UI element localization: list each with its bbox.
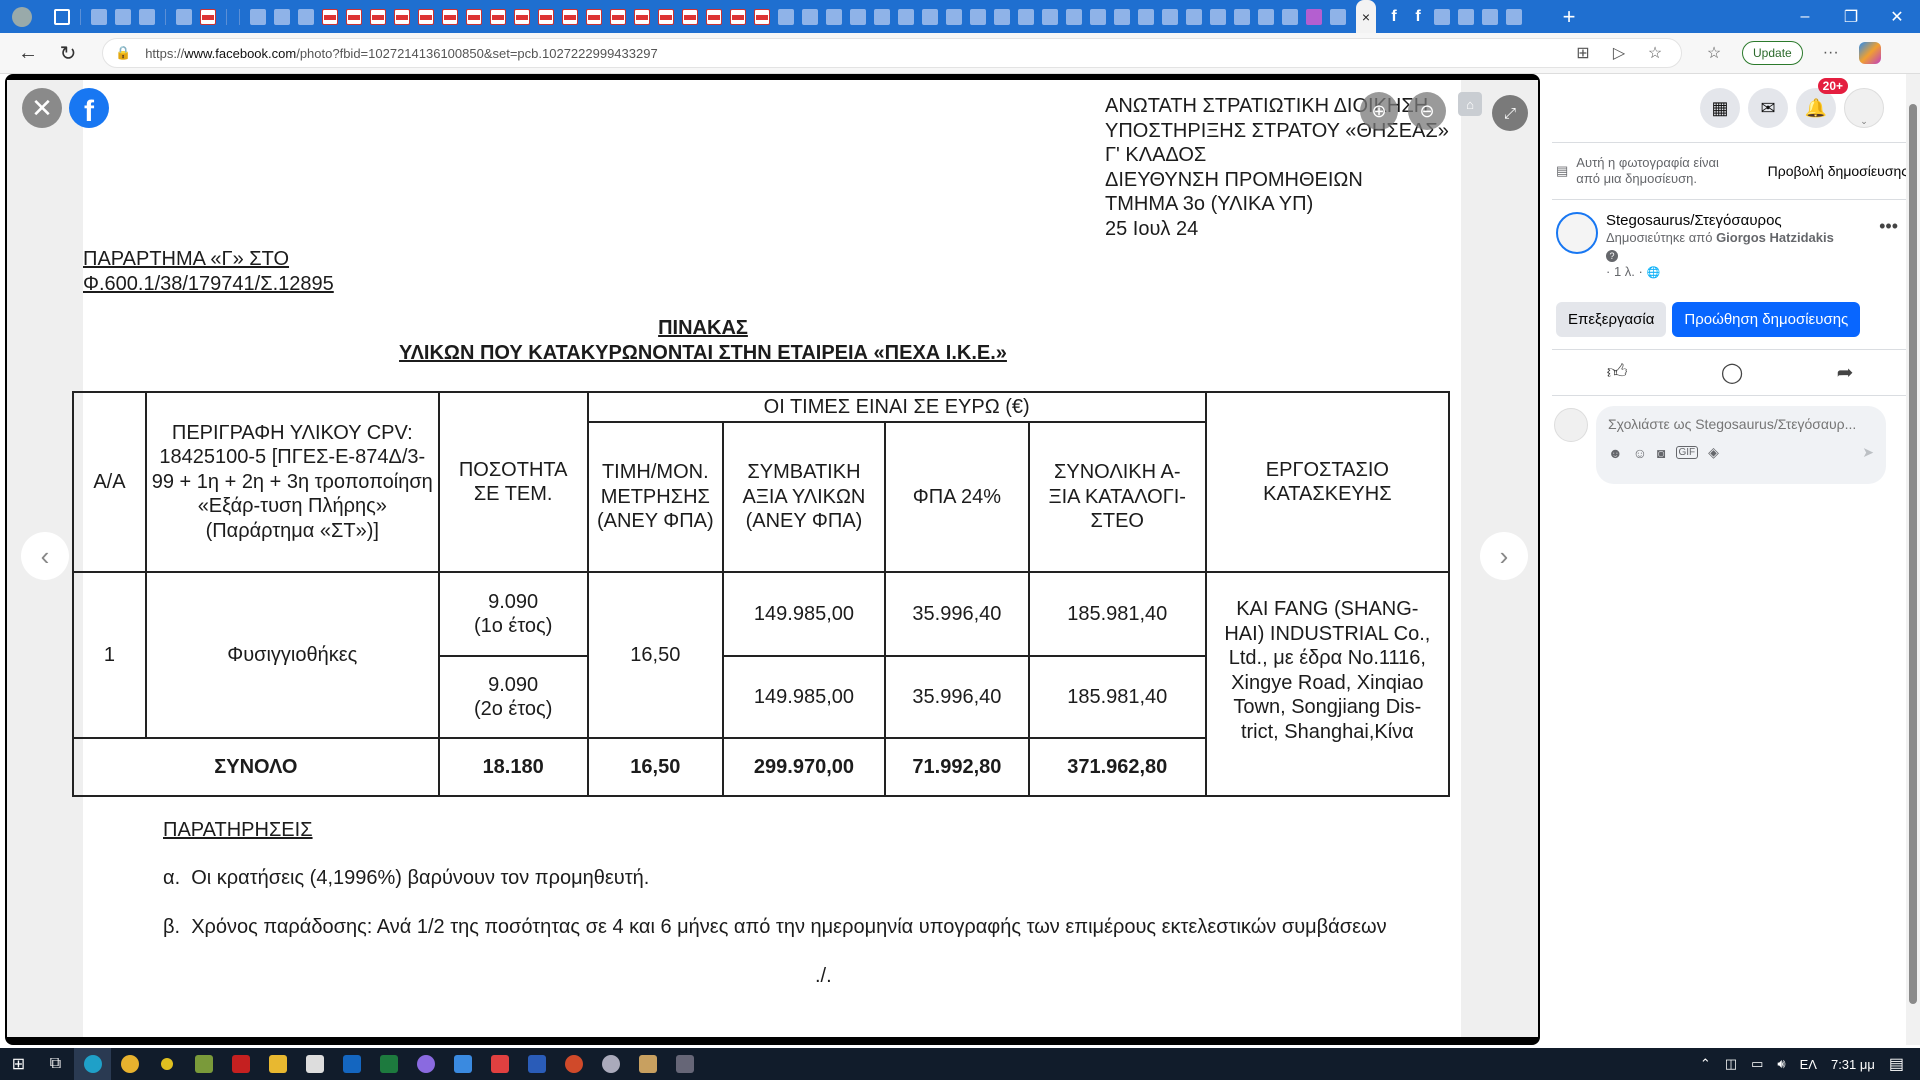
view-post-link[interactable]: Προβολή δημοσίευσης [1768, 163, 1908, 179]
totals-total: 371.962,80 [1029, 738, 1206, 796]
header-line: ΥΠΟΣΤΗΡΙΞΗΣ ΣΤΡΑΤΟΥ «ΘΗΣΕΑΣ» [1105, 119, 1449, 144]
tab-separator [80, 9, 81, 25]
instagram-tab-icon[interactable] [1306, 9, 1322, 25]
notifications-button[interactable]: 🔔20+ [1796, 88, 1836, 128]
previous-photo-button[interactable]: ‹ [21, 532, 69, 580]
store-icon [306, 1055, 324, 1073]
tab-favicon-icon[interactable] [1210, 9, 1226, 25]
header-line: ΔΙΕΥΘΥΝΣΗ ΠΡΟΜΗΘΕΙΩΝ [1105, 168, 1449, 193]
clock[interactable]: 7:31 μμ [1831, 1057, 1875, 1072]
header-aa: Α/Α [73, 392, 146, 572]
photo-viewer: ΑΝΩΤΑΤΗ ΣΤΡΑΤΙΩΤΙΚΗ ΔΙΟΙΚΗΣΗ ΥΠΟΣΤΗΡΙΞΗΣ… [5, 74, 1540, 1045]
header-quantity: ΠΟΣΟΤΗΤΑ ΣΕ ΤΕΜ. [439, 392, 588, 572]
taskbar-app[interactable] [592, 1048, 629, 1080]
pdf-tab-icon[interactable] [514, 9, 530, 25]
taskbar-photos[interactable] [444, 1048, 481, 1080]
pdf-tab-icon[interactable] [586, 9, 602, 25]
close-tab-icon[interactable]: × [1362, 9, 1370, 25]
commenter-avatar[interactable] [1554, 408, 1588, 442]
active-tab[interactable]: × [1356, 0, 1376, 33]
cell-contract-value-year2: 149.985,00 [723, 656, 885, 738]
meet-now-icon[interactable]: ◫ [1725, 1056, 1737, 1072]
header-line: ΤΜΗΜΑ 3ο (ΥΛΙΚΑ ΥΠ) [1105, 192, 1449, 217]
period-label: (1ο έτος) [442, 614, 585, 639]
tab-favicon-icon[interactable] [91, 9, 107, 25]
photo-area: ΑΝΩΤΑΤΗ ΣΤΡΑΤΙΩΤΙΚΗ ΔΙΟΙΚΗΣΗ ΥΠΟΣΤΗΡΙΞΗΣ… [7, 80, 1538, 1037]
cell-total-year1: 185.981,40 [1029, 572, 1206, 656]
globe-icon: 🌐 [1646, 267, 1660, 279]
header-prices-group: ΟΙ ΤΙΜΕΣ ΕΙΝΑΙ ΣΕ ΕΥΡΩ (€) [588, 392, 1206, 422]
read-aloud-icon[interactable]: ▷ [1601, 43, 1637, 63]
cell-quantity-year1: 9.090 (1ο έτος) [439, 572, 588, 656]
tab-favicon-icon[interactable] [1234, 9, 1250, 25]
new-tab-button[interactable]: + [1546, 4, 1592, 30]
camera-icon[interactable]: ◙ [1657, 445, 1665, 461]
folder-icon [269, 1055, 287, 1073]
cell-quantity-year2: 9.090 (2ο έτος) [439, 656, 588, 738]
tab-favicon-icon[interactable] [1282, 9, 1298, 25]
tab-favicon-icon[interactable] [946, 9, 962, 25]
taskbar-word[interactable] [518, 1048, 555, 1080]
send-icon[interactable]: ➤ [1862, 444, 1874, 461]
taskbar-explorer[interactable] [259, 1048, 296, 1080]
tag-photo-button[interactable]: ⌂ [1458, 92, 1482, 116]
globe-app-icon [602, 1055, 620, 1073]
tab-favicon-icon[interactable] [778, 9, 794, 25]
paint-icon [639, 1055, 657, 1073]
title-line: ΥΛΙΚΩΝ ΠΟΥ ΚΑΤΑΚΥΡΩΝΟΝΤΑΙ ΣΤΗΝ ΕΤΑΙΡΕΙΑ … [83, 341, 1323, 366]
word-icon [528, 1055, 546, 1073]
close-viewer-button[interactable]: ✕ [22, 88, 62, 128]
annex-reference: ΠΑΡΑΡΤΗΜΑ «Γ» ΣΤΟ Φ.600.1/38/179741/Σ.12… [83, 247, 334, 297]
messenger-button[interactable]: ✉ [1748, 88, 1788, 128]
cell-description: Φυσιγγιοθήκες [146, 572, 439, 738]
facebook-tab-icon[interactable]: f [1386, 9, 1402, 25]
pdf-tab-icon[interactable] [634, 9, 650, 25]
restore-button[interactable]: ❐ [1828, 7, 1874, 27]
like-icon[interactable]: 👍︎ [1607, 360, 1628, 385]
notifications-badge: 20+ [1818, 78, 1848, 94]
calculator-icon [676, 1055, 694, 1073]
chrome-icon [121, 1055, 139, 1073]
table-row: 1 Φυσιγγιοθήκες 9.090 (1ο έτος) 16,50 14… [73, 572, 1449, 656]
comment-input[interactable] [1608, 416, 1874, 432]
scrollbar-thumb[interactable] [1909, 104, 1917, 1004]
tab-favicon-icon[interactable] [250, 9, 266, 25]
notifications-center-icon[interactable]: ▤ [1889, 1054, 1904, 1074]
taskbar-app[interactable] [185, 1048, 222, 1080]
materials-table: Α/Α ΠΕΡΙΓΡΑΦΗ ΥΛΙΚΟΥ CPV: 18425100-5 [ΠΓ… [72, 391, 1450, 797]
menu-button[interactable]: ▦ [1700, 88, 1740, 128]
pdf-tab-icon[interactable] [682, 9, 698, 25]
tab-separator [239, 9, 240, 25]
app-available-icon[interactable]: ⊞ [1565, 43, 1601, 63]
tab-favicon-icon[interactable] [1066, 9, 1082, 25]
next-photo-button[interactable]: › [1480, 532, 1528, 580]
sticker-icon[interactable]: ◈ [1708, 444, 1719, 461]
taskbar-acrobat[interactable] [222, 1048, 259, 1080]
tab-favicon-icon[interactable] [1506, 9, 1522, 25]
tab-favicon-icon[interactable] [802, 9, 818, 25]
taskbar-paint[interactable] [629, 1048, 666, 1080]
note-item: β. Χρόνος παράδοσης: Ανά 1/2 της ποσότητ… [163, 915, 1387, 939]
bell-icon: 🔔 [1805, 98, 1827, 119]
gif-icon[interactable]: GIF [1676, 446, 1699, 459]
pdf-tab-icon[interactable] [610, 9, 626, 25]
pdf-tab-icon[interactable] [370, 9, 386, 25]
app-icon [195, 1055, 213, 1073]
facebook-tab-icon[interactable]: f [1410, 9, 1426, 25]
tab-favicon-icon[interactable] [1330, 9, 1346, 25]
zoom-in-button[interactable]: ⊕ [1360, 92, 1398, 130]
pdf-tab-icon[interactable] [322, 9, 338, 25]
favorites-icon[interactable]: ☆ [1696, 43, 1732, 63]
totals-contract-value: 299.970,00 [723, 738, 885, 796]
document-title: ΠΙΝΑΚΑΣ ΥΛΙΚΩΝ ΠΟΥ ΚΑΤΑΚΥΡΩΝΟΝΤΑΙ ΣΤΗΝ Ε… [83, 316, 1323, 366]
note-marker: α. [163, 867, 180, 889]
document-page: ΑΝΩΤΑΤΗ ΣΤΡΑΤΙΩΤΙΚΗ ΔΙΟΙΚΗΣΗ ΥΠΟΣΤΗΡΙΞΗΣ… [83, 80, 1461, 1037]
taskbar-edge[interactable] [74, 1048, 111, 1080]
tab-favicon-icon[interactable] [1114, 9, 1130, 25]
fullscreen-button[interactable]: ⤢ [1492, 95, 1528, 131]
header-line: Γ' ΚΛΑΔΟΣ [1105, 143, 1449, 168]
tab-favicon-icon[interactable] [1434, 9, 1450, 25]
taskbar-calculator[interactable] [666, 1048, 703, 1080]
taskbar-chrome[interactable] [111, 1048, 148, 1080]
tab-favicon-icon[interactable] [826, 9, 842, 25]
tab-favicon-icon[interactable] [994, 9, 1010, 25]
messenger-icon: ✉ [1760, 98, 1775, 119]
period-label: (2ο έτος) [442, 697, 585, 722]
quantity-value: 9.090 [442, 590, 585, 615]
tab-separator [165, 9, 166, 25]
emoji-icon[interactable]: ☺ [1633, 445, 1647, 461]
note-text: Χρόνος παράδοσης: Ανά 1/2 της ποσότητας … [191, 916, 1386, 938]
facebook-logo[interactable]: f [69, 88, 109, 128]
header-description: ΠΕΡΙΓΡΑΦΗ ΥΛΙΚΟΥ CPV: 18425100-5 [ΠΓΕΣ-Ε… [146, 392, 439, 572]
comment-box: ☻ ☺ ◙ GIF ◈ ➤ [1596, 406, 1886, 484]
taskbar-viber[interactable] [407, 1048, 444, 1080]
windows-logo-icon: ⊞ [12, 1054, 25, 1074]
account-avatar[interactable]: ⌄ [1844, 88, 1884, 128]
top-nav-icons: ▦ ✉ 🔔20+ ⌄ [1540, 74, 1920, 142]
totals-label: ΣΥΝΟΛΟ [73, 738, 439, 796]
close-icon: ✕ [31, 93, 53, 124]
post-actions: Επεξεργασία Προώθηση δημοσίευσης [1540, 282, 1920, 349]
note-text: Οι κρατήσεις (4,1996%) βαρύνουν τον προμ… [191, 867, 649, 889]
url-field[interactable]: 🔒 https://www.facebook.com/photo?fbid=10… [102, 38, 1682, 68]
tab-favicon-icon[interactable] [922, 9, 938, 25]
tab-favicon-icon[interactable] [176, 9, 192, 25]
taskbar-recorder[interactable] [481, 1048, 518, 1080]
network-icon[interactable]: ▭ [1751, 1056, 1763, 1072]
recorder-icon [491, 1055, 509, 1073]
post-time[interactable]: · 1 λ. · [1606, 264, 1643, 279]
pdf-tab-icon[interactable] [706, 9, 722, 25]
taskbar-powerpoint[interactable] [555, 1048, 592, 1080]
chevron-down-icon: ⌄ [1860, 116, 1868, 127]
comment-tools: ☻ ☺ ◙ GIF ◈ ➤ [1608, 444, 1874, 461]
tab-actions-icon[interactable] [54, 9, 70, 25]
author-info: Stegosaurus/Στεγόσαυρος Δημοσιεύτηκε από… [1606, 212, 1834, 282]
more-dots-icon: ••• [1879, 216, 1898, 236]
tab-favicon-icon[interactable] [115, 9, 131, 25]
pdf-tab-icon[interactable] [466, 9, 482, 25]
comment-icon[interactable]: ◯ [1721, 360, 1743, 385]
end-mark: ./. [815, 964, 832, 988]
chevron-left-icon: ‹ [41, 541, 50, 572]
taskbar-excel[interactable] [370, 1048, 407, 1080]
media-player-icon [161, 1058, 173, 1070]
post-note-text: Αυτή η φωτογραφία είναι από μια δημοσίευ… [1576, 155, 1736, 187]
pdf-tab-icon[interactable] [562, 9, 578, 25]
copilot-icon[interactable] [1859, 42, 1881, 64]
update-button[interactable]: Update [1742, 41, 1803, 65]
annex-line: Φ.600.1/38/179741/Σ.12895 [83, 272, 334, 297]
address-bar-row: ← ↻ 🔒 https://www.facebook.com/photo?fbi… [0, 33, 1920, 74]
tab-favicon-icon[interactable] [1458, 9, 1474, 25]
task-view-icon: ⧉ [50, 1055, 61, 1073]
title-line: ΠΙΝΑΚΑΣ [83, 316, 1323, 341]
header-contract-value: ΣΥΜΒΑΤΙΚΗ ΑΞΙΑ ΥΛΙΚΩΝ (ΑΝΕΥ ΦΠΑ) [723, 422, 885, 572]
zoom-out-button[interactable]: ⊖ [1408, 92, 1446, 130]
pdf-tab-icon[interactable] [418, 9, 434, 25]
cell-unit-price: 16,50 [588, 572, 723, 738]
pdf-tab-icon[interactable] [730, 9, 746, 25]
grid-menu-icon: ▦ [1711, 98, 1728, 119]
tab-favicon-icon[interactable] [850, 9, 866, 25]
site-info-icon[interactable]: 🔒 [115, 45, 131, 61]
tab-favicon-icon[interactable] [1018, 9, 1034, 25]
back-button[interactable]: ← [8, 42, 48, 65]
header-date: 25 Ιουλ 24 [1105, 217, 1449, 242]
posted-by-label: Δημοσιεύτηκε από [1606, 230, 1712, 245]
chevron-right-icon: › [1500, 541, 1509, 572]
zoom-in-icon: ⊕ [1371, 101, 1386, 122]
url-text: https://www.facebook.com/photo?fbid=1027… [145, 46, 658, 61]
pdf-tab-icon[interactable] [346, 9, 362, 25]
taskbar-store[interactable] [296, 1048, 333, 1080]
edge-icon [84, 1055, 102, 1073]
post-sidebar: ▦ ✉ 🔔20+ ⌄ ▤ Αυτή η φωτογραφία είναι από… [1540, 74, 1920, 1045]
post-meta: · 1 λ. · 🌐 [1606, 263, 1834, 282]
tab-favicon-icon[interactable] [298, 9, 314, 25]
tab-favicon-icon[interactable] [898, 9, 914, 25]
cell-factory: KAI FANG (SHANG-HAI) INDUSTRIAL Co., Ltd… [1206, 572, 1449, 796]
tab-favicon-icon[interactable] [139, 9, 155, 25]
reload-button[interactable]: ↻ [48, 41, 88, 66]
totals-quantity: 18.180 [439, 738, 588, 796]
totals-vat: 71.992,80 [885, 738, 1029, 796]
tag-icon: ⌂ [1466, 97, 1474, 112]
expand-icon: ⤢ [1504, 105, 1516, 122]
avatar-sticker-icon[interactable]: ☻ [1608, 445, 1623, 461]
post-author: Stegosaurus/Στεγόσαυρος Δημοσιεύτηκε από… [1540, 200, 1920, 282]
note-marker: β. [163, 916, 180, 938]
powerpoint-icon [565, 1055, 583, 1073]
header-total-value: ΣΥΝΟΛΙΚΗ Α-ΞΙΑ ΚΑΤΑΛΟΓΙ-ΣΤΕΟ [1029, 422, 1206, 572]
header-factory: ΕΡΓΟΣΤΑΣΙΟ ΚΑΤΑΣΚΕΥΗΣ [1206, 392, 1449, 572]
excel-icon [380, 1055, 398, 1073]
viber-icon [417, 1055, 435, 1073]
pdf-tab-icon[interactable] [442, 9, 458, 25]
reaction-bar: 👍︎ ◯ ➦ [1540, 350, 1920, 395]
volume-icon[interactable]: 🔊︎ [1777, 1056, 1785, 1072]
pdf-tab-icon[interactable] [658, 9, 674, 25]
post-icon: ▤ [1556, 163, 1568, 179]
minimize-button[interactable]: – [1782, 8, 1828, 26]
windows-taskbar: ⊞ ⧉ ⌃ ◫ ▭ 🔊︎ ΕΛ 7:31 μμ ▤ [0, 1048, 1920, 1080]
more-options-button[interactable]: ••• [1879, 216, 1898, 282]
pdf-tab-icon[interactable] [538, 9, 554, 25]
system-tray: ⌃ ◫ ▭ 🔊︎ ΕΛ 7:31 μμ ▤ [1700, 1054, 1920, 1074]
tab-favicon-icon[interactable] [1258, 9, 1274, 25]
pdf-tab-icon[interactable] [394, 9, 410, 25]
sidebar-scrollbar[interactable] [1906, 74, 1920, 1045]
tab-favicon-icon[interactable] [1090, 9, 1106, 25]
tab-favicon-icon[interactable] [274, 9, 290, 25]
cell-contract-value-year1: 149.985,00 [723, 572, 885, 656]
boost-post-button[interactable]: Προώθηση δημοσίευσης [1672, 302, 1860, 337]
header-unit-price: ΤΙΜΗ/ΜΟΝ. ΜΕΤΡΗΣΗΣ (ΑΝΕΥ ΦΠΑ) [588, 422, 723, 572]
show-hidden-icons[interactable]: ⌃ [1700, 1056, 1711, 1072]
annex-line: ΠΑΡΑΡΤΗΜΑ «Γ» ΣΤΟ [83, 247, 334, 272]
cell-vat-year1: 35.996,40 [885, 572, 1029, 656]
posted-by: Δημοσιεύτηκε από Giorgos Hatzidakis [1606, 229, 1834, 246]
share-icon[interactable]: ➦ [1837, 360, 1854, 385]
profile-avatar-icon[interactable] [12, 7, 32, 27]
more-menu-icon[interactable]: ··· [1813, 44, 1849, 62]
tab-favicon-icon[interactable] [1482, 9, 1498, 25]
photos-icon [454, 1055, 472, 1073]
tab-favicon-icon[interactable] [874, 9, 890, 25]
comment-composer: ☻ ☺ ◙ GIF ◈ ➤ [1540, 396, 1920, 484]
tab-separator [226, 9, 227, 25]
tab-favicon-icon[interactable] [1162, 9, 1178, 25]
note-item: α. Οι κρατήσεις (4,1996%) βαρύνουν τον π… [163, 866, 649, 890]
zoom-out-icon: ⊖ [1419, 101, 1434, 122]
pdf-tab-icon[interactable] [490, 9, 506, 25]
tab-favicon-icon[interactable] [1186, 9, 1202, 25]
cell-aa: 1 [73, 572, 146, 738]
page-name-link[interactable]: Stegosaurus/Στεγόσαυρος [1606, 212, 1834, 229]
facebook-logo-icon: f [84, 95, 94, 129]
post-source-note: ▤ Αυτή η φωτογραφία είναι από μια δημοσί… [1540, 143, 1920, 199]
outlook-icon [343, 1055, 361, 1073]
tab-favicon-icon[interactable] [970, 9, 986, 25]
tab-favicon-icon[interactable] [1138, 9, 1154, 25]
acrobat-icon [232, 1055, 250, 1073]
start-button[interactable]: ⊞ [0, 1048, 37, 1080]
address-bar-icons: ⊞ ▷ ☆ [1565, 43, 1673, 63]
edit-button[interactable]: Επεξεργασία [1556, 302, 1666, 337]
cell-total-year2: 185.981,40 [1029, 656, 1206, 738]
favorite-star-icon[interactable]: ☆ [1637, 43, 1673, 63]
notes-title: ΠΑΡΑΤΗΡΗΣΕΙΣ [163, 818, 313, 842]
window-close-button[interactable]: ✕ [1874, 7, 1920, 27]
language-indicator[interactable]: ΕΛ [1800, 1057, 1817, 1072]
taskbar-outlook[interactable] [333, 1048, 370, 1080]
tab-favicon-icon[interactable] [1042, 9, 1058, 25]
pdf-tab-icon[interactable] [754, 9, 770, 25]
task-view-button[interactable]: ⧉ [37, 1048, 74, 1080]
totals-unit-price: 16,50 [588, 738, 723, 796]
quantity-value: 9.090 [442, 673, 585, 698]
cell-vat-year2: 35.996,40 [885, 656, 1029, 738]
page-avatar[interactable] [1556, 212, 1598, 254]
pdf-tab-icon[interactable] [200, 9, 216, 25]
help-icon[interactable]: ? [1606, 250, 1618, 262]
taskbar-media[interactable] [148, 1048, 185, 1080]
header-vat: ΦΠΑ 24% [885, 422, 1029, 572]
browser-tab-bar: × f f + – ❐ ✕ [0, 0, 1920, 33]
poster-name-link[interactable]: Giorgos Hatzidakis [1716, 230, 1834, 245]
